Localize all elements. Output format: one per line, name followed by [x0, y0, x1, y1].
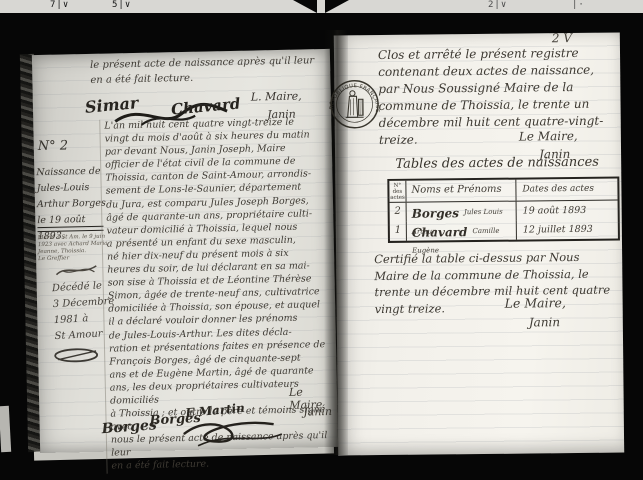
- death-margin-note: Décédé le3 Décembre1981 àSt Amour: [52, 277, 135, 345]
- maire-signature-top: Janin: [267, 108, 296, 122]
- right-page: 2 V · RÉPUBLIQUE FRANÇAISE · Clos et arr…: [334, 33, 624, 456]
- table-body: 2 Borges Jules Louis Arthur 19 août 1893…: [390, 201, 618, 241]
- register-closing-statement: Clos et arrêté le présent registreconten…: [378, 45, 617, 149]
- greffier-paraph: [54, 262, 98, 279]
- marriage-margin-note: Marié à St Am. le 9 juin1923 avec Achard…: [38, 234, 111, 264]
- header-dates: Dates des actes: [516, 179, 617, 201]
- signature-borges-2: Borges: [149, 411, 201, 429]
- previous-act-closing-lines: le présent acte de naissance après qu'il…: [90, 53, 323, 88]
- film-frame-mark: 7|∨: [50, 0, 69, 10]
- closing-maire-label: Le Maire,: [519, 129, 578, 144]
- film-frame-mark: 2|∨: [488, 0, 507, 10]
- maire-label-top: L. Maire,: [251, 90, 302, 104]
- closing-maire-signature: Janin: [539, 147, 570, 161]
- signature-martin: E Martin: [185, 401, 246, 420]
- certification-maire-signature: Janin: [529, 315, 560, 329]
- act-number: N° 2: [38, 138, 69, 154]
- film-frame-mark: |·: [572, 0, 585, 10]
- signature-chavard: Chavard: [170, 94, 241, 118]
- table-title: Tables des actes de naissances: [383, 155, 611, 172]
- left-page: le présent acte de naissance après qu'il…: [32, 49, 338, 453]
- signature-flourish: [111, 99, 232, 132]
- table-row: 2 Borges Jules Louis Arthur 19 août 1893: [390, 201, 618, 222]
- martin-signature-flourish: [177, 410, 290, 452]
- act-body: L'an mil huit cent quatre vingt-treize l…: [99, 115, 343, 473]
- certification-maire-label: Le Maire,: [505, 295, 566, 311]
- acts-table: N° des actes Noms et Prénoms Dates des a…: [387, 177, 620, 243]
- marianne-figure: [345, 91, 363, 118]
- folio-corner-mark: 2 V: [552, 31, 572, 45]
- death-note-paraph: [52, 346, 102, 365]
- table-header-row: N° des actes Noms et Prénoms Dates des a…: [389, 179, 617, 203]
- table-row: 1 Chavard Camille Eugène 12 juillet 1893: [390, 220, 618, 241]
- film-frame-mark: 5|∨: [112, 0, 131, 10]
- table-certification: Certifié la table ci-dessus par NousMair…: [374, 249, 619, 318]
- film-frame-marker-triangle: [293, 0, 317, 13]
- signature-borges-1: Borges: [101, 417, 157, 437]
- page-edge-sliver: [0, 406, 11, 452]
- header-names: Noms et Prénoms: [406, 180, 516, 202]
- film-frame-marker-triangle: [325, 0, 349, 13]
- book-spine-shadow: [324, 30, 348, 455]
- header-act-number: N° des actes: [389, 181, 406, 202]
- signature-simar: Simar: [84, 93, 139, 117]
- film-strip: 7|∨ 5|∨ 2|∨ |·: [0, 0, 643, 13]
- microfilm-scan: 7|∨ 5|∨ 2|∨ |· le présent acte de naissa…: [0, 0, 643, 480]
- margin-headline: Naissance deJules-LouisArthur Borgesle 1…: [36, 164, 110, 245]
- margin-rule: [37, 226, 103, 232]
